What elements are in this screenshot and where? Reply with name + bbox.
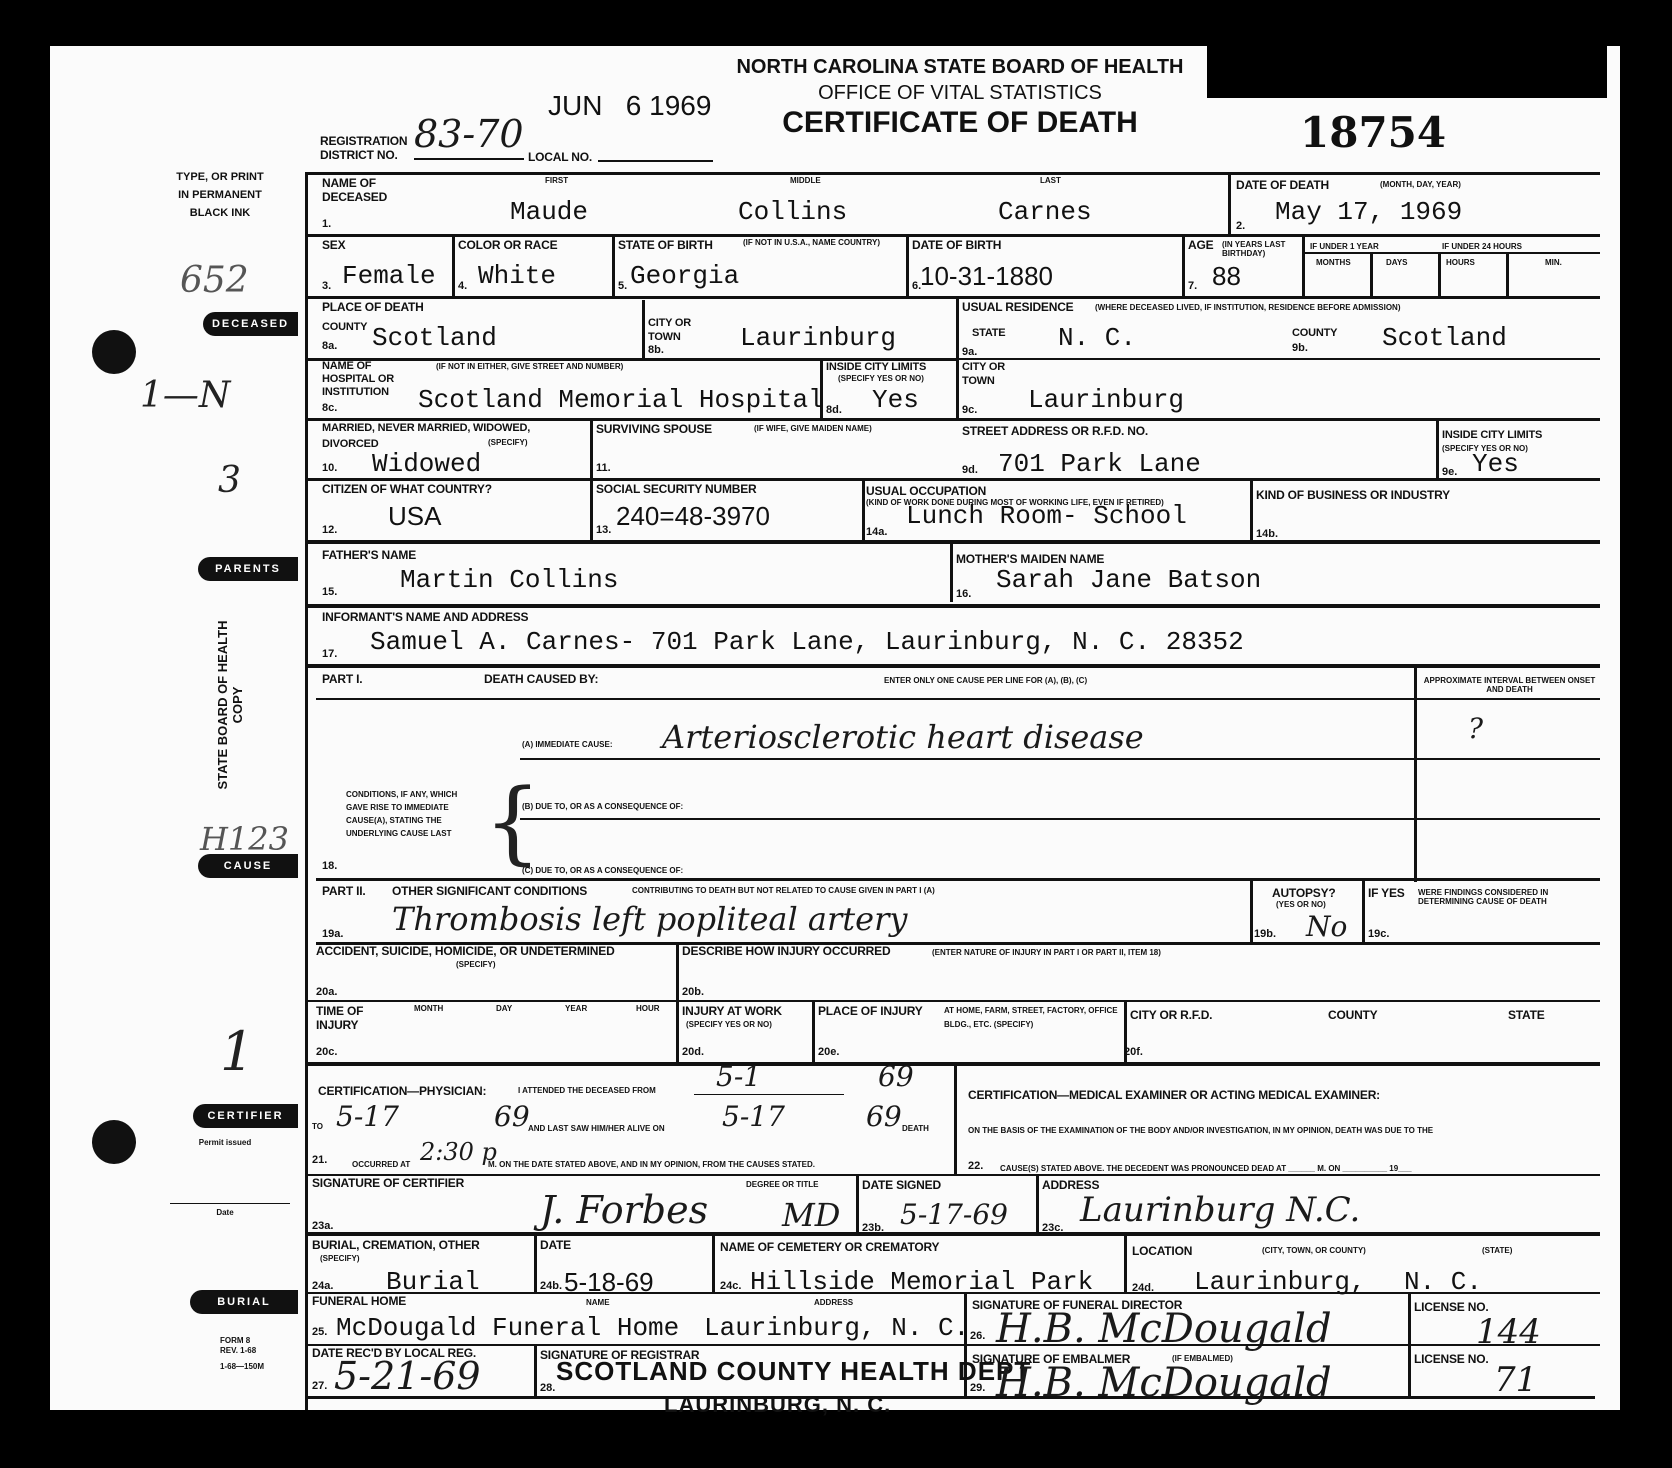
me-text2: CAUSE(S) STATED ABOVE. THE DECEDENT WAS … [1000,1164,1412,1173]
name-sub: NAME [586,1298,610,1307]
death-label: DEATH [902,1124,929,1133]
interval-a-value: ? [1468,712,1483,745]
divider [856,1174,859,1234]
caused-by-label: DEATH CAUSED BY: [484,672,598,686]
marital-value: Widowed [372,450,481,478]
if-yes-sub: WERE FINDINGS CONSIDERED IN DETERMINING … [1418,888,1598,906]
marital-sub: (SPECIFY) [488,438,528,447]
item-number: 20f. [1124,1046,1143,1058]
item-number: 8a. [322,340,337,352]
residence-label: USUAL RESIDENCE [962,300,1073,314]
form-number: FORM 8 [220,1336,270,1346]
other-conditions-sub: CONTRIBUTING TO DEATH BUT NOT RELATED TO… [632,886,935,895]
item-number: 26. [970,1330,985,1342]
item-number: 16. [956,588,971,600]
injury-county-label: COUNTY [1328,1008,1377,1022]
item-number: 3. [322,280,331,292]
divider [1302,252,1600,254]
divider [1250,480,1253,540]
under-24-hours-label: IF UNDER 24 HOURS [1442,242,1522,251]
me-text1: ON THE BASIS OF THE EXAMINATION OF THE B… [968,1126,1596,1135]
occupation-label: USUAL OCCUPATION [866,484,986,498]
one-cause-note: ENTER ONLY ONE CAUSE PER LINE FOR (a), (… [884,676,1087,685]
registration-label: REGISTRATION DISTRICT NO. [320,134,415,162]
tab-parents: PARENTS [198,557,298,581]
divider [316,698,1600,700]
place-injury-label: PLACE OF INJURY [818,1004,923,1018]
day-label: DAY [496,1004,512,1013]
occurred-rest: M. ON THE DATE STATED ABOVE, AND IN MY O… [488,1160,815,1169]
birth-state-label: STATE OF BIRTH [618,238,713,252]
item-number: 19b. [1254,928,1276,940]
divider [820,358,823,418]
brace-icon: { [484,770,541,875]
margin-note-h123: H123 [200,820,289,858]
certifier-address-value: Laurinburg N.C. [1080,1190,1360,1230]
father-label: FATHER'S NAME [322,548,416,562]
divider [862,478,865,540]
burial-date-label: DATE [540,1238,571,1252]
immediate-cause-value: Arteriosclerotic heart disease [662,718,1144,756]
res-inside-limits-label: INSIDE CITY LIMITS [1442,428,1542,442]
tab-certifier: CERTIFIER [193,1104,298,1128]
divider [305,1232,1600,1236]
margin-note-1: 1 [220,1020,254,1083]
accident-label: ACCIDENT, SUICIDE, HOMICIDE, OR UNDETERM… [316,944,615,958]
item-number: 7. [1188,280,1197,292]
address-sub: ADDRESS [814,1298,853,1307]
divider [954,1064,957,1174]
occupation-value: Lunch Room- School [906,502,1187,530]
item-number: 15. [322,586,337,598]
divider [676,942,679,1062]
item-number: 10. [322,462,337,474]
disposition-sub: (SPECIFY) [320,1254,360,1263]
item-number: 8b. [648,344,664,356]
page-title: CERTIFICATE OF DEATH [730,106,1190,140]
divider [642,300,645,358]
director-license-value: 144 [1476,1312,1541,1352]
date-signed-label: DATE SIGNED [862,1178,941,1192]
res-county-label: COUNTY [1292,326,1337,340]
autopsy-sub: (YES OR NO) [1276,900,1326,909]
medical-examiner-label: CERTIFICATION—MEDICAL EXAMINER OR ACTING… [968,1088,1380,1102]
item-number: 19a. [322,928,343,940]
middle-label: MIDDLE [790,176,821,185]
embalmer-signature: H.B. McDougald [996,1360,1332,1406]
date-of-death: May 17, 1969 [1275,198,1462,226]
divider [612,236,615,296]
conditions-note: CONDITIONS, IF ANY, WHICH GAVE RISE TO I… [346,788,458,840]
divider [712,1234,715,1292]
race-label: COLOR OR RACE [458,238,557,252]
item-number: 17. [322,648,337,660]
autopsy-label: AUTOPSY? [1272,886,1336,900]
spouse-sub: (IF WIFE, GIVE MAIDEN NAME) [754,424,872,433]
divider [1124,1234,1127,1292]
due-to-b-label: (b) DUE TO, OR AS A CONSEQUENCE OF: [522,802,683,811]
year-label: YEAR [565,1004,587,1013]
citizen-label: CITIZEN OF WHAT COUNTRY? [322,482,492,496]
divider [1362,880,1365,944]
sex-label: SEX [322,238,345,252]
item-number: 25. [312,1326,327,1338]
res-city-value: Laurinburg [1028,386,1184,414]
divider [1370,252,1373,296]
hours-label: HOURS [1446,258,1475,267]
agency-line1: NORTH CAROLINA STATE BOARD OF HEALTH [730,56,1190,79]
tab-burial: BURIAL [190,1290,298,1314]
divider [305,1000,1600,1002]
age-value: 88 [1212,262,1241,290]
race-value: White [478,262,556,290]
funeral-home-value: McDougald Funeral Home [336,1314,679,1342]
other-conditions-value: Thrombosis left popliteal artery [392,900,907,938]
item-number: 9c. [962,404,977,416]
divider [812,1000,815,1062]
marital-label: MARRIED, NEVER MARRIED, WIDOWED, DIVORCE… [322,420,542,452]
divider [170,1203,290,1204]
hour-label: HOUR [636,1004,660,1013]
degree-label: DEGREE OR TITLE [746,1180,818,1189]
street-value: 701 Park Lane [998,450,1201,478]
signature-label: SIGNATURE OF CERTIFIER [312,1176,464,1190]
res-state-label: STATE [972,326,1005,340]
divider [1506,252,1509,296]
city-rfd-label: CITY OR R.F.D. [1130,1008,1212,1022]
birth-state-sub: (IF NOT IN U.S.A., NAME COUNTRY) [740,238,880,247]
other-conditions-label: OTHER SIGNIFICANT CONDITIONS [392,884,587,898]
divider [694,1094,844,1095]
item-number: 4. [458,280,467,292]
divider [1036,1174,1039,1234]
item-number: 13. [596,524,611,536]
registrar-stamp-line2: LAURINBURG, N. C. [664,1392,891,1418]
divider [1408,1294,1411,1398]
street-label: STREET ADDRESS OR R.F.D. No. [962,424,1148,438]
divider [1436,418,1439,480]
filed-date-stamp: JUN 6 1969 [548,90,711,122]
father-value: Martin Collins [400,566,618,594]
divider [305,234,1600,237]
place-injury-sub: AT HOME, FARM, STREET, FACTORY, OFFICE B… [944,1004,1124,1032]
divider [1250,880,1253,944]
part1-label: PART I. [322,672,362,686]
certifier-degree: MD [782,1196,840,1234]
punch-hole [92,1120,136,1164]
inside-limits-value: Yes [872,386,919,414]
place-of-death-label: PLACE OF DEATH [322,300,424,314]
res-city-label: CITY OR TOWN [962,360,1022,388]
item-number: 24b. [540,1280,562,1292]
date-of-death-sub: (MONTH, DAY, YEAR) [1380,180,1461,189]
min-label: MIN. [1545,258,1562,267]
citizen-value: USA [388,502,441,530]
embalmer-license-label: LICENSE NO. [1414,1352,1488,1366]
divider [305,664,1600,668]
attended-from-year: 69 [878,1060,914,1093]
embalmer-license-value: 71 [1494,1360,1537,1400]
item-number: 21. [312,1154,327,1166]
informant-label: INFORMANT'S NAME AND ADDRESS [322,610,528,624]
hospital-value: Scotland Memorial Hospital [418,386,824,414]
attended-label: I ATTENDED THE DECEASED FROM [518,1086,656,1095]
item-number: 14b. [1256,528,1278,540]
disposition-label: BURIAL, CREMATION, OTHER [312,1238,480,1252]
item-number: 24a. [312,1280,333,1292]
first-name: Maude [510,198,588,226]
ink-note: TYPE, OR PRINT IN PERMANENT BLACK INK [170,168,270,222]
item-number: 14a. [866,526,887,538]
item-number: 28. [540,1382,555,1394]
divider [534,1344,537,1398]
residence-sub: (WHERE DECEASED LIVED, IF INSTITUTION, R… [1095,303,1401,312]
divider [1228,174,1231,234]
item-number: 20a. [316,986,337,998]
item-number: 8c. [322,402,337,414]
days-label: DAYS [1386,258,1408,267]
item-number: 1. [322,218,331,230]
dob-value: 10-31-1880 [920,262,1053,290]
item-number: 12. [322,524,337,536]
last-label: LAST [1040,176,1061,185]
form-info: FORM 8 REV. 1-68 1-68—150M [220,1336,270,1372]
divider [305,1344,1600,1346]
location-label: LOCATION [1132,1244,1192,1258]
injury-how-label: DESCRIBE HOW INJURY OCCURRED [682,944,890,958]
form-top-border [305,172,1600,175]
injury-how-sub: (ENTER NATURE OF INJURY IN PART I OR PAR… [932,948,1161,957]
under-1-year-label: IF UNDER 1 YEAR [1310,242,1379,251]
informant-value: Samuel A. Carnes- 701 Park Lane, Laurinb… [370,628,1244,656]
part2-label: PART II. [322,884,366,898]
location-state-sub: (STATE) [1482,1246,1512,1255]
occurred-time: 2:30 p [420,1138,497,1166]
immediate-cause-label: (a) IMMEDIATE CAUSE: [522,740,613,749]
divider [305,1292,1600,1294]
date-of-death-label: DATE OF DEATH [1236,178,1329,192]
business-label: KIND OF BUSINESS OR INDUSTRY [1256,488,1450,502]
item-number: 2. [1236,220,1245,232]
divider [520,758,1600,760]
divider [520,818,1600,820]
at-work-sub: (SPECIFY YES OR NO) [686,1020,772,1029]
item-number: 20b. [682,986,704,998]
age-sub: (IN YEARS LAST BIRTHDAY) [1222,240,1302,258]
item-number: 6. [912,280,921,292]
divider [316,878,1600,881]
cemetery-label: NAME OF CEMETERY OR CREMATORY [720,1240,939,1254]
item-number: 20d. [682,1046,704,1058]
item-number: 19c. [1368,928,1389,940]
accident-sub: (SPECIFY) [456,960,496,969]
death-county-value: Scotland [372,324,497,352]
location-sub: (CITY, TOWN, OR COUNTY) [1262,1246,1366,1255]
item-number: 29. [970,1382,985,1394]
item-number: 9a. [962,346,977,358]
divider [950,542,953,602]
local-no-label: LOCAL NO. [528,150,592,164]
divider [1182,236,1185,296]
date-label: Date [180,1208,270,1217]
item-number: 5. [618,280,627,292]
received-value: 5-21-69 [334,1354,481,1398]
divider [305,296,1600,299]
item-number: 24c. [720,1280,741,1292]
last-saw-label: AND LAST SAW HIM/HER ALIVE ON [528,1124,665,1133]
hospital-sub: (IF NOT IN EITHER, GIVE STREET AND NUMBE… [436,362,623,371]
sex-value: Female [342,262,436,290]
divider [305,604,1600,608]
agency-line2: OFFICE OF VITAL STATISTICS [730,82,1190,105]
divider [305,1174,1600,1176]
interval-label: APPROXIMATE INTERVAL BETWEEN ONSET AND D… [1422,676,1597,694]
ssn-label: SOCIAL SECURITY NUMBER [596,482,757,496]
occurred-label: OCCURRED AT [352,1160,410,1169]
tab-deceased: DECEASED [203,312,298,336]
attended-to-year: 69 [494,1100,530,1133]
res-state-value: N. C. [1058,324,1136,352]
divider [305,478,1600,481]
mother-label: MOTHER'S MAIDEN NAME [956,552,1104,566]
divider [956,358,1600,360]
age-label: AGE [1188,238,1213,252]
last-name: Carnes [998,198,1092,226]
inside-limits-sub: (SPECIFY YES OR NO) [838,374,924,383]
divider [452,236,455,296]
last-saw-year: 69 [866,1100,902,1133]
permit-issued-label: Permit issued [180,1138,270,1147]
item-number: 22. [968,1160,983,1172]
item-number: 20e. [818,1046,839,1058]
birth-state-value: Georgia [630,262,739,290]
physician-cert-label: CERTIFICATION—PHYSICIAN: [318,1084,486,1098]
form-revision: REV. 1-68 [220,1346,270,1356]
mother-value: Sarah Jane Batson [996,566,1261,594]
death-county-label: COUNTY [322,320,367,334]
attended-to-date: 5-17 [336,1100,399,1133]
certificate-number: 18754 [1300,108,1446,157]
margin-note-3: 3 [218,460,241,501]
registration-value: 83-70 [414,112,524,156]
funeral-address-value: Laurinburg, N. C. [704,1314,969,1342]
divider [534,1234,537,1292]
item-number: 11. [596,462,611,474]
registrar-stamp-line1: SCOTLAND COUNTY HEALTH DEPT [556,1356,1031,1387]
time-injury-label: TIME OF INJURY [316,1004,376,1032]
divider [1414,668,1417,882]
scan-border [1207,46,1607,98]
funeral-home-label: FUNERAL HOME [312,1294,406,1308]
form-bottom-border [305,1396,1595,1399]
divider [1438,252,1441,296]
item-number: 27. [312,1380,327,1392]
item-number: 23a. [312,1220,333,1232]
divider [1302,236,1305,296]
spouse-label: SURVIVING SPOUSE [596,422,712,436]
item-number: 9d. [962,464,978,476]
form-print-run: 1-68—150M [220,1362,270,1372]
at-work-label: INJURY AT WORK [682,1004,782,1018]
if-yes-label: IF YES [1368,886,1405,900]
res-inside-limits-value: Yes [1472,450,1519,478]
copy-note: STATE BOARD OF HEALTH COPY [215,615,245,795]
item-number: 18. [322,860,337,872]
first-label: FIRST [545,176,568,185]
injury-state-label: STATE [1508,1008,1545,1022]
item-number: 9e. [1442,466,1457,478]
months-label: MONTHS [1316,258,1351,267]
death-city-label: CITY OR TOWN [648,316,698,344]
item-number: 9b. [1292,342,1308,354]
margin-note-1n: 1—N [140,375,230,416]
res-county-value: Scotland [1382,324,1507,352]
name-label: NAME OF DECEASED [322,176,402,204]
ssn-value: 240=48-3970 [616,502,770,530]
divider [305,1062,1600,1066]
attended-from-date: 5-1 [716,1060,761,1093]
punch-hole [92,330,136,374]
tab-cause: CAUSE [198,854,298,878]
due-to-c-label: (c) DUE TO, OR AS A CONSEQUENCE OF: [522,866,683,875]
last-saw-date: 5-17 [722,1100,785,1133]
margin-note-652: 652 [180,260,249,301]
month-label: MONTH [414,1004,443,1013]
dob-label: DATE OF BIRTH [912,238,1001,252]
divider [414,158,524,160]
divider [598,160,713,162]
middle-name: Collins [738,198,847,226]
hospital-label: NAME OF HOSPITAL OR INSTITUTION [322,360,402,399]
item-number: 8d. [826,404,842,416]
item-number: 20c. [316,1046,337,1058]
death-city-value: Laurinburg [740,324,896,352]
date-signed-value: 5-17-69 [900,1198,1008,1231]
autopsy-value: No [1306,910,1347,943]
divider [906,236,909,296]
inside-limits-label: INSIDE CITY LIMITS [826,360,926,374]
certifier-signature: J. Forbes [540,1188,708,1232]
